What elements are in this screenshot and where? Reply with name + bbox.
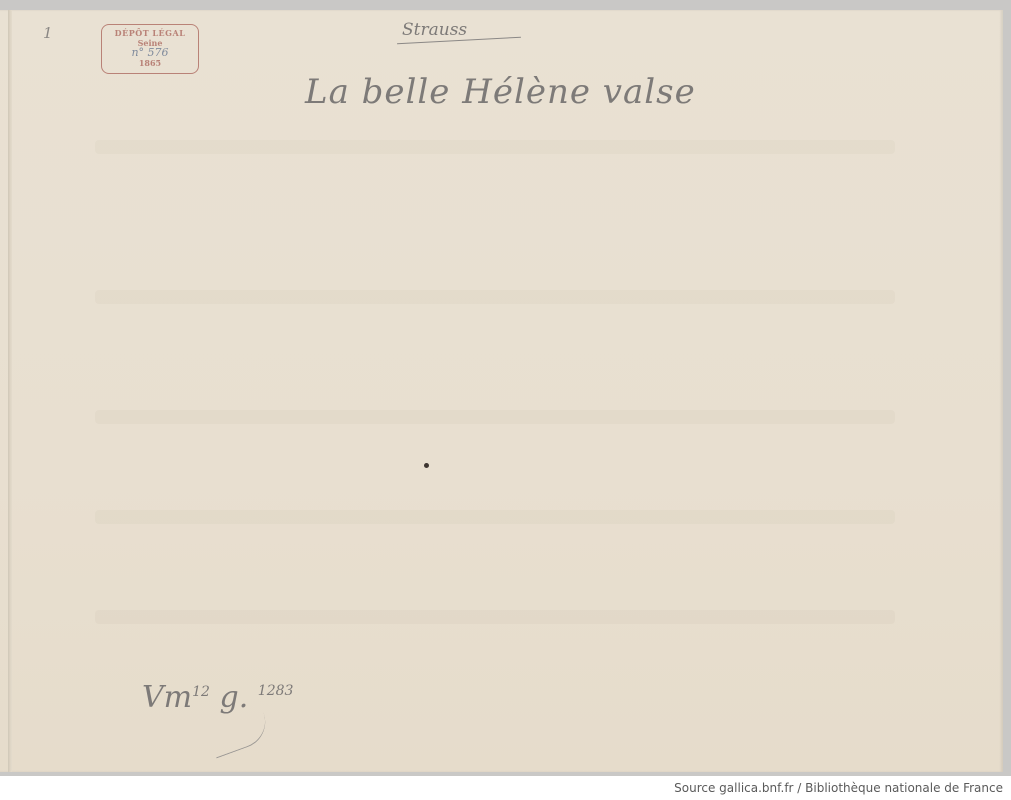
ink-dot (424, 463, 429, 468)
stamp-year: 1865 (102, 58, 198, 68)
shelfmark-number: 1283 (258, 683, 294, 699)
show-through-texture (95, 410, 895, 424)
handwritten-title: La belle Hélène valse (305, 72, 696, 112)
source-caption: Source gallica.bnf.fr / Bibliothèque nat… (674, 781, 1003, 795)
shelfmark: Vm12 g. 1283 (142, 680, 293, 715)
manuscript-page (0, 10, 1003, 772)
show-through-texture (95, 290, 895, 304)
folio-number: 1 (43, 24, 53, 42)
legal-deposit-stamp: DÉPÔT LÉGAL Seine n° 576 1865 (101, 24, 199, 74)
stamp-number: n° 576 (102, 48, 198, 58)
shelfmark-series: g. (220, 680, 249, 715)
show-through-texture (95, 610, 895, 624)
composer-name: Strauss (402, 20, 467, 40)
stamp-line-1: DÉPÔT LÉGAL (102, 28, 198, 38)
shelfmark-sup: 12 (192, 684, 210, 700)
binding-fold (8, 10, 12, 772)
show-through-texture (95, 140, 895, 154)
shelfmark-prefix: Vm (142, 680, 192, 715)
show-through-texture (95, 510, 895, 524)
